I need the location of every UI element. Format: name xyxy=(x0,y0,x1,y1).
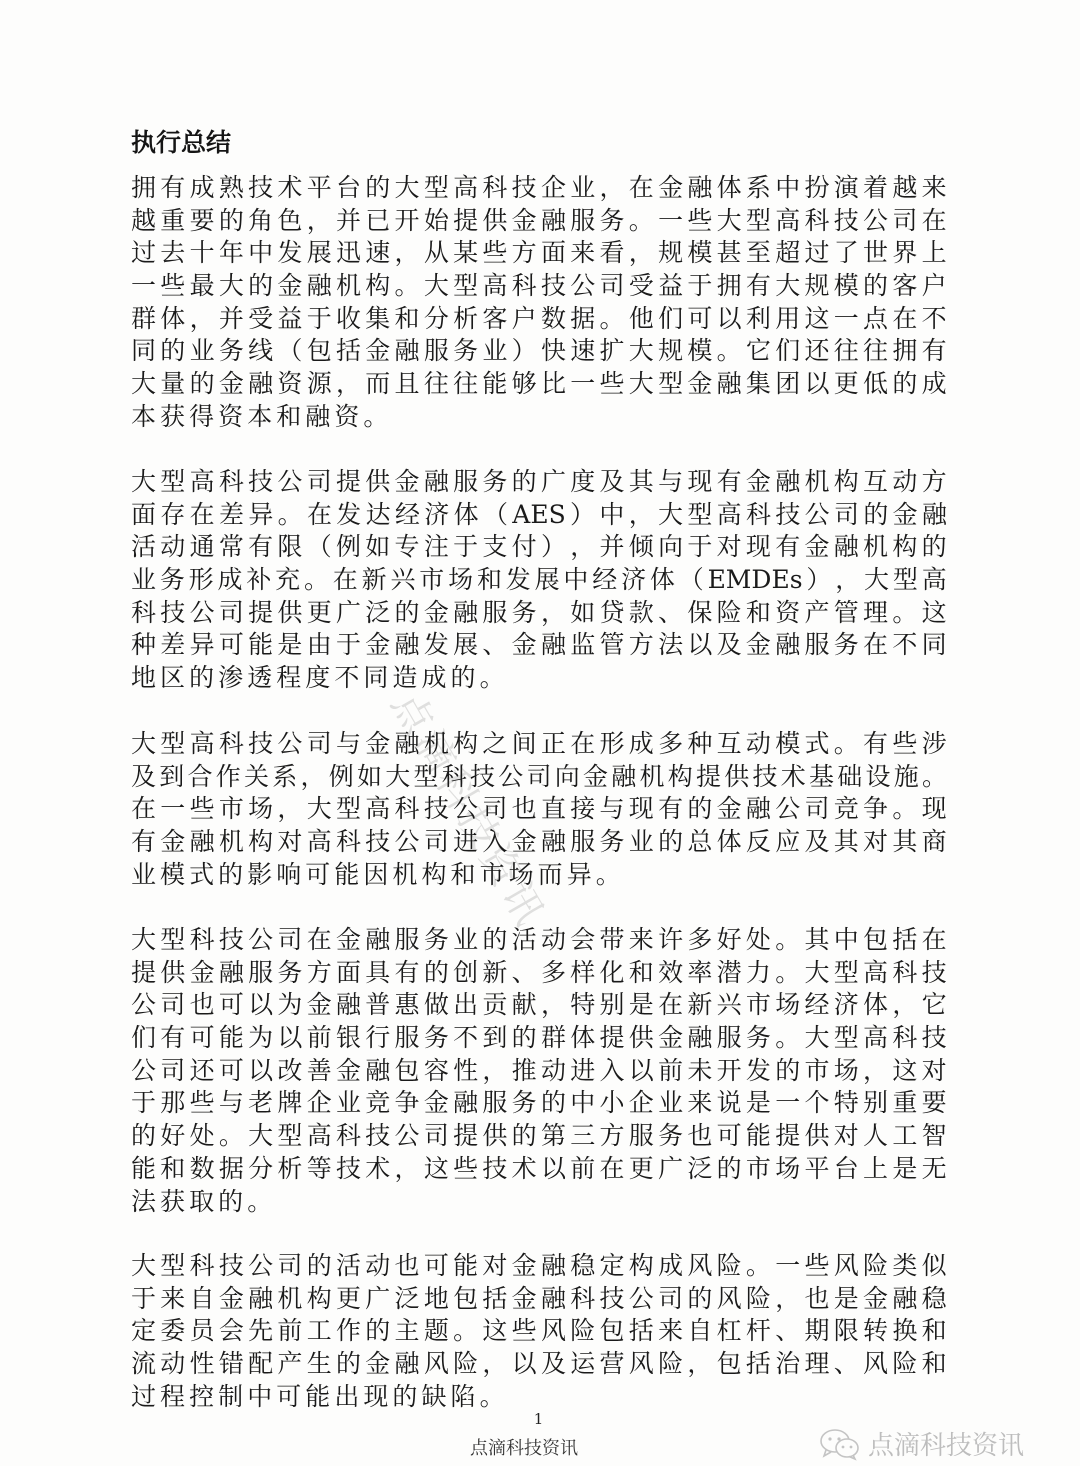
text-line: 过程控制中可能出现的缺陷。 xyxy=(131,1381,947,1414)
wechat-account-badge: 点滴科技资讯 xyxy=(818,1425,1024,1462)
text-line: 科技公司提供更广泛的金融服务，如贷款、保险和资产管理。这 xyxy=(131,597,947,630)
text-line: 能和数据分析等技术，这些技术以前在更广泛的市场平台上是无 xyxy=(131,1153,947,1186)
document-page: 点滴科技资讯 执行总结 拥有成熟技术平台的大型高科技企业，在金融体系中扮演着越来… xyxy=(0,0,1080,1466)
text-line: 们有可能为以前银行服务不到的群体提供金融服务。大型高科技 xyxy=(131,1022,947,1055)
text-line: 业模式的影响可能因机构和市场而异。 xyxy=(131,859,947,892)
text-line: 提供金融服务方面具有的创新、多样化和效率潜力。大型高科技 xyxy=(131,957,947,990)
text-line: 业务形成补充。在新兴市场和发展中经济体（EMDEs），大型高 xyxy=(131,564,947,597)
text-line: 公司还可以改善金融包容性，推动进入以前未开发的市场，这对 xyxy=(131,1055,947,1088)
text-line: 流动性错配产生的金融风险，以及运营风险，包括治理、风险和 xyxy=(131,1348,947,1381)
text-line: 大型科技公司的活动也可能对金融稳定构成风险。一些风险类似 xyxy=(131,1250,947,1283)
text-line: 法获取的。 xyxy=(131,1186,947,1219)
paragraph: 大型科技公司的活动也可能对金融稳定构成风险。一些风险类似于来自金融机构更广泛地包… xyxy=(131,1250,947,1413)
text-line: 一些最大的金融机构。大型高科技公司受益于拥有大规模的客户 xyxy=(131,270,947,303)
paragraph: 拥有成熟技术平台的大型高科技企业，在金融体系中扮演着越来越重要的角色，并已开始提… xyxy=(131,172,947,434)
text-line: 有金融机构对高科技公司进入金融服务业的总体反应及其对其商 xyxy=(131,826,947,859)
text-line: 本获得资本和融资。 xyxy=(131,401,947,434)
text-line: 地区的渗透程度不同造成的。 xyxy=(131,662,947,695)
text-line: 于那些与老牌企业竞争金融服务的中小企业来说是一个特别重要 xyxy=(131,1087,947,1120)
paragraph: 大型高科技公司提供金融服务的广度及其与现有金融机构互动方面存在差异。在发达经济体… xyxy=(131,466,947,695)
text-line: 及到合作关系，例如大型科技公司向金融机构提供技术基础设施。 xyxy=(131,761,947,794)
text-line: 过去十年中发展迅速，从某些方面来看，规模甚至超过了世界上 xyxy=(131,237,947,270)
paragraph: 大型科技公司在金融服务业的活动会带来许多好处。其中包括在提供金融服务方面具有的创… xyxy=(131,924,947,1218)
footer-source-label: 点滴科技资讯 xyxy=(470,1434,578,1460)
text-line: 越重要的角色，并已开始提供金融服务。一些大型高科技公司在 xyxy=(131,205,947,238)
paragraph: 大型高科技公司与金融机构之间正在形成多种互动模式。有些涉及到合作关系，例如大型科… xyxy=(131,728,947,891)
wechat-icon xyxy=(818,1427,862,1461)
text-line: 的好处。大型高科技公司提供的第三方服务也可能提供对人工智 xyxy=(131,1120,947,1153)
text-line: 公司也可以为金融普惠做出贡献，特别是在新兴市场经济体，它 xyxy=(131,989,947,1022)
text-line: 面存在差异。在发达经济体（AES）中，大型高科技公司的金融 xyxy=(131,499,947,532)
text-line: 活动通常有限（例如专注于支付），并倾向于对现有金融机构的 xyxy=(131,531,947,564)
text-line: 大型科技公司在金融服务业的活动会带来许多好处。其中包括在 xyxy=(131,924,947,957)
text-line: 大型高科技公司与金融机构之间正在形成多种互动模式。有些涉 xyxy=(131,728,947,761)
text-line: 大量的金融资源，而且往往能够比一些大型金融集团以更低的成 xyxy=(131,368,947,401)
text-line: 定委员会先前工作的主题。这些风险包括来自杠杆、期限转换和 xyxy=(131,1315,947,1348)
wechat-account-name: 点滴科技资讯 xyxy=(868,1425,1024,1462)
text-line: 拥有成熟技术平台的大型高科技企业，在金融体系中扮演着越来 xyxy=(131,172,947,205)
text-line: 同的业务线（包括金融服务业）快速扩大规模。它们还往往拥有 xyxy=(131,335,947,368)
section-title: 执行总结 xyxy=(131,127,231,159)
text-line: 大型高科技公司提供金融服务的广度及其与现有金融机构互动方 xyxy=(131,466,947,499)
text-line: 于来自金融机构更广泛地包括金融科技公司的风险，也是金融稳 xyxy=(131,1283,947,1316)
text-line: 种差异可能是由于金融发展、金融监管方法以及金融服务在不同 xyxy=(131,629,947,662)
text-line: 群体，并受益于收集和分析客户数据。他们可以利用这一点在不 xyxy=(131,303,947,336)
text-line: 在一些市场，大型高科技公司也直接与现有的金融公司竞争。现 xyxy=(131,793,947,826)
